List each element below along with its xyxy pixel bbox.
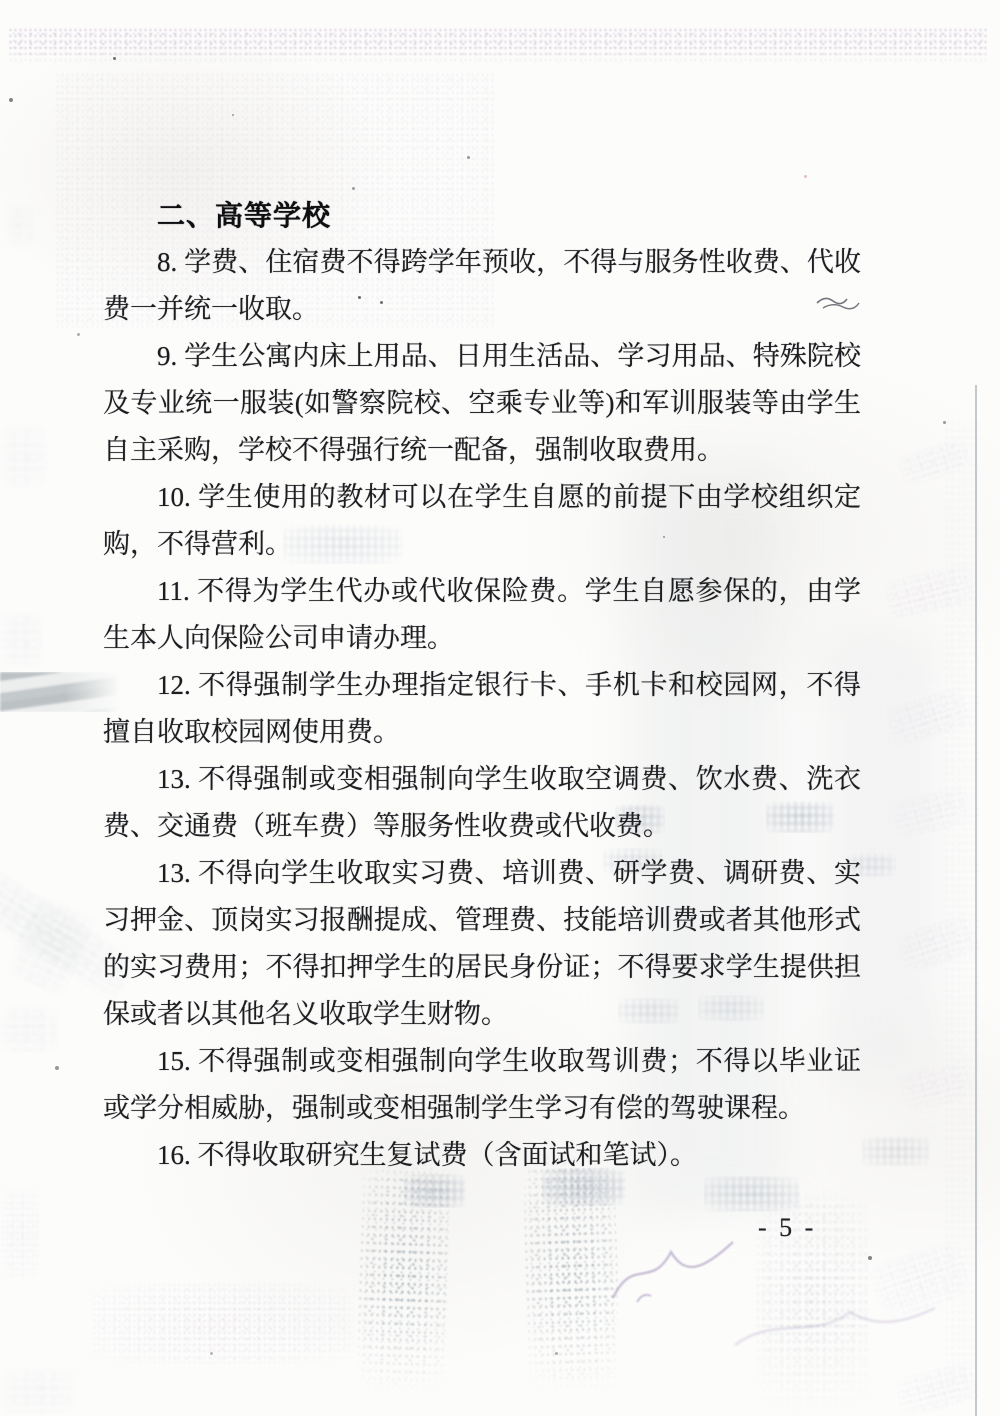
scan-smudge	[881, 560, 977, 624]
ink-dot	[9, 98, 13, 102]
handwritten-mark	[607, 1236, 742, 1308]
text-line: 11. 不得为学生代办或代收保险费。学生自愿参保的，由学	[103, 568, 861, 615]
document-page: 二、高等学校 8. 学费、住宿费不得跨学年预收，不得与服务性收费、代收费一并统一…	[103, 192, 861, 1179]
paragraph: 16. 不得收取研究生复试费（含面试和笔试）。	[103, 1132, 861, 1179]
ink-dot	[232, 114, 234, 116]
scan-smudge	[895, 435, 974, 490]
ghost-bleed-mark	[404, 1174, 466, 1208]
bleedthrough-column	[524, 1150, 618, 1392]
section-heading: 二、高等学校	[103, 192, 861, 239]
scan-noise-band	[8, 27, 988, 65]
paragraph: 13. 不得向学生收取实习费、培训费、研学费、调研费、实习押金、顶岗实习报酬提成…	[103, 850, 861, 1038]
scan-smudge	[0, 425, 48, 489]
text-line: 及专业统一服装(如警察院校、空乘专业等)和军训服装等由学生	[103, 380, 861, 427]
text-line: 或学分相威胁，强制或变相强制学生学习有偿的驾驶课程。	[103, 1085, 861, 1132]
bleedthrough-shade	[944, 420, 980, 1400]
ink-dot	[555, 1352, 558, 1355]
paragraph: 10. 学生使用的教材可以在学生自愿的前提下由学校组织定购，不得营利。	[103, 474, 861, 568]
paragraph: 13. 不得强制或变相强制向学生收取空调费、饮水费、洗衣费、交通费（班车费）等服…	[103, 756, 861, 850]
text-line: 13. 不得向学生收取实习费、培训费、研学费、调研费、实	[103, 850, 861, 897]
text-line: 10. 学生使用的教材可以在学生自愿的前提下由学校组织定	[103, 474, 861, 521]
text-line: 9. 学生公寓内床上用品、日用生活品、学习用品、特殊院校	[103, 333, 861, 380]
text-line: 擅自收取校园网使用费。	[103, 709, 861, 756]
text-line: 16. 不得收取研究生复试费（含面试和笔试）。	[103, 1132, 861, 1179]
paragraph: 9. 学生公寓内床上用品、日用生活品、学习用品、特殊院校及专业统一服装(如警察院…	[103, 333, 861, 474]
text-line: 费一并统一收取。	[103, 286, 861, 333]
paragraph: 11. 不得为学生代办或代收保险费。学生自愿参保的，由学生本人向保险公司申请办理…	[103, 568, 861, 662]
bleedthrough-column	[358, 1160, 450, 1392]
text-line: 购，不得营利。	[103, 521, 861, 568]
ink-dot	[943, 421, 946, 424]
scan-smudge	[0, 672, 120, 712]
handwritten-mark	[730, 1300, 940, 1355]
document-body: 8. 学费、住宿费不得跨学年预收，不得与服务性收费、代收费一并统一收取。9. 学…	[103, 239, 861, 1179]
scan-smudge	[4, 205, 34, 249]
scan-smudge	[865, 1237, 974, 1323]
scanner-edge-line	[975, 385, 977, 1416]
text-line: 自主采购，学校不得强行统一配备，强制收取费用。	[103, 427, 861, 474]
ghost-bleed-mark	[862, 1136, 930, 1166]
paragraph: 8. 学费、住宿费不得跨学年预收，不得与服务性收费、代收费一并统一收取。	[103, 239, 861, 333]
ink-dot	[55, 1066, 59, 1070]
scan-smudge	[0, 612, 44, 668]
scan-smudge	[889, 783, 974, 841]
ink-dot	[77, 333, 80, 336]
scan-smudge	[883, 683, 975, 750]
text-line: 费、交通费（班车费）等服务性收费或代收费。	[103, 803, 861, 850]
ink-dot	[210, 1352, 213, 1355]
ink-dot	[804, 175, 807, 178]
scan-smudge	[896, 1058, 976, 1114]
ink-dot	[352, 187, 355, 190]
scan-smudge	[893, 911, 981, 977]
text-line: 习押金、顶岗实习报酬提成、管理费、技能培训费或者其他形式	[103, 897, 861, 944]
ghost-bleed-mark	[704, 1176, 800, 1212]
text-line: 12. 不得强制学生办理指定银行卡、手机卡和校园网，不得	[103, 662, 861, 709]
ink-dot	[113, 57, 116, 60]
scan-smudge	[92, 1282, 354, 1364]
text-line: 的实习费用；不得扣押学生的居民身份证；不得要求学生提供担	[103, 944, 861, 991]
text-line: 8. 学费、住宿费不得跨学年预收，不得与服务性收费、代收	[103, 239, 861, 286]
text-line: 保或者以其他名义收取学生财物。	[103, 991, 861, 1038]
scan-smudge	[0, 1006, 58, 1052]
text-line: 生本人向保险公司申请办理。	[103, 615, 861, 662]
text-line: 13. 不得强制或变相强制向学生收取空调费、饮水费、洗衣	[103, 756, 861, 803]
paragraph: 15. 不得强制或变相强制向学生收取驾训费；不得以毕业证或学分相威胁，强制或变相…	[103, 1038, 861, 1132]
paragraph: 12. 不得强制学生办理指定银行卡、手机卡和校园网，不得擅自收取校园网使用费。	[103, 662, 861, 756]
scan-smudge	[0, 1368, 76, 1414]
page-number: - 5 -	[758, 1213, 868, 1243]
scan-smudge	[892, 1359, 982, 1416]
scan-smudge	[3, 892, 99, 999]
text-line: 15. 不得强制或变相强制向学生收取驾训费；不得以毕业证	[103, 1038, 861, 1085]
ink-dot	[868, 1256, 872, 1260]
scan-smudge	[0, 1188, 40, 1278]
ink-dot	[467, 156, 470, 159]
